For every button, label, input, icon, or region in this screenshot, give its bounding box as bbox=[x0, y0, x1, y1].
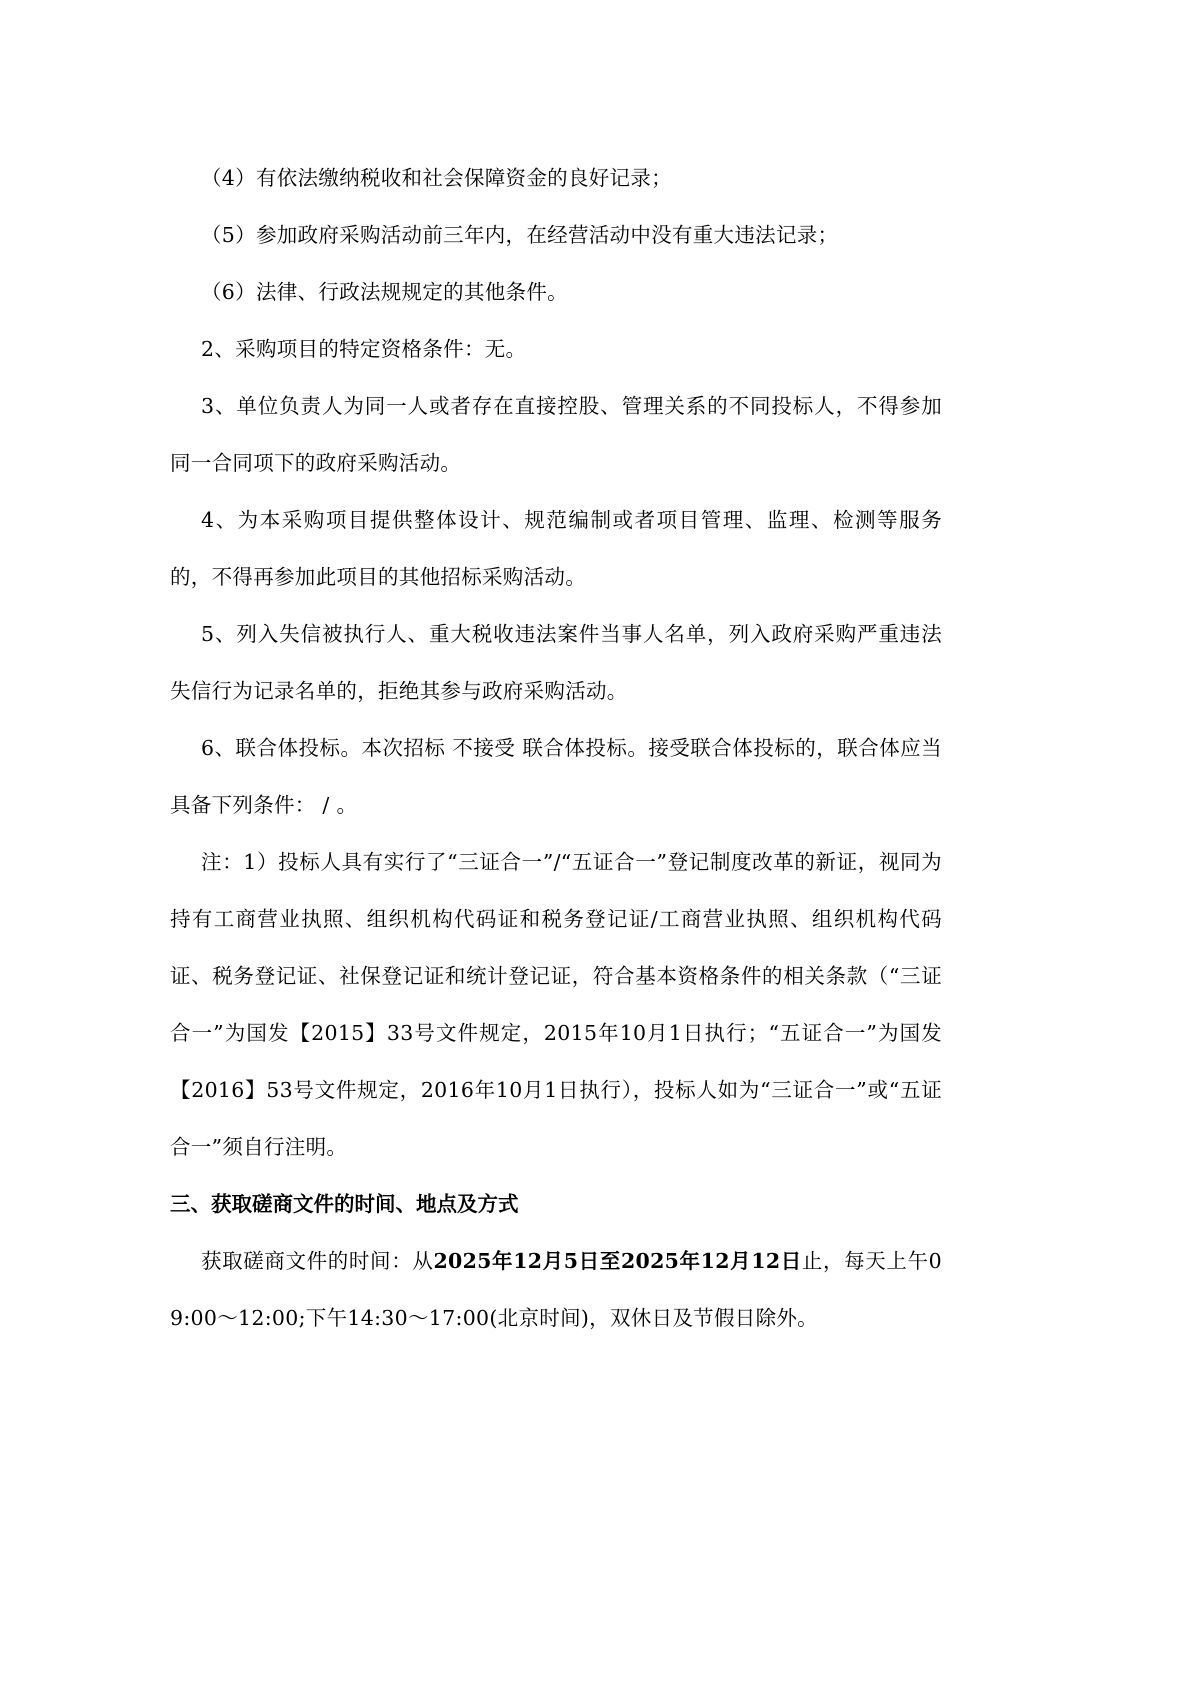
dishonest-list-clause: 5、列入失信被执行人、重大税收违法案件当事人名单，列入政府采购严重违法失信行为记… bbox=[170, 606, 942, 720]
specific-qualification-clause: 2、采购项目的特定资格条件：无。 bbox=[170, 321, 942, 378]
same-responsible-person-clause: 3、单位负责人为同一人或者存在直接控股、管理关系的不同投标人，不得参加同一合同项… bbox=[170, 378, 942, 492]
qualification-item-4: （4）有依法缴纳税收和社会保障资金的良好记录； bbox=[170, 150, 942, 207]
qualification-item-6: （6）法律、行政法规规定的其他条件。 bbox=[170, 264, 942, 321]
document-page: （4）有依法缴纳税收和社会保障资金的良好记录； （5）参加政府采购活动前三年内，… bbox=[170, 150, 942, 1347]
consortium-bidding-clause: 6、联合体投标。本次招标 不接受 联合体投标。接受联合体投标的，联合体应当具备下… bbox=[170, 720, 942, 834]
qualification-item-5: （5）参加政府采购活动前三年内，在经营活动中没有重大违法记录； bbox=[170, 207, 942, 264]
acquisition-time-prefix: 获取磋商文件的时间：从 bbox=[201, 1249, 433, 1273]
document-acquisition-time: 获取磋商文件的时间：从2025年12月5日至2025年12月12日止，每天上午0… bbox=[170, 1233, 942, 1347]
license-note: 注：1）投标人具有实行了“三证合一”/“五证合一”登记制度改革的新证，视同为持有… bbox=[170, 834, 942, 1176]
design-service-exclusion-clause: 4、为本采购项目提供整体设计、规范编制或者项目管理、监理、检测等服务的，不得再参… bbox=[170, 492, 942, 606]
acquisition-date-range: 2025年12月5日至2025年12月12日 bbox=[433, 1249, 801, 1273]
section-3-heading: 三、获取磋商文件的时间、地点及方式 bbox=[170, 1176, 942, 1233]
